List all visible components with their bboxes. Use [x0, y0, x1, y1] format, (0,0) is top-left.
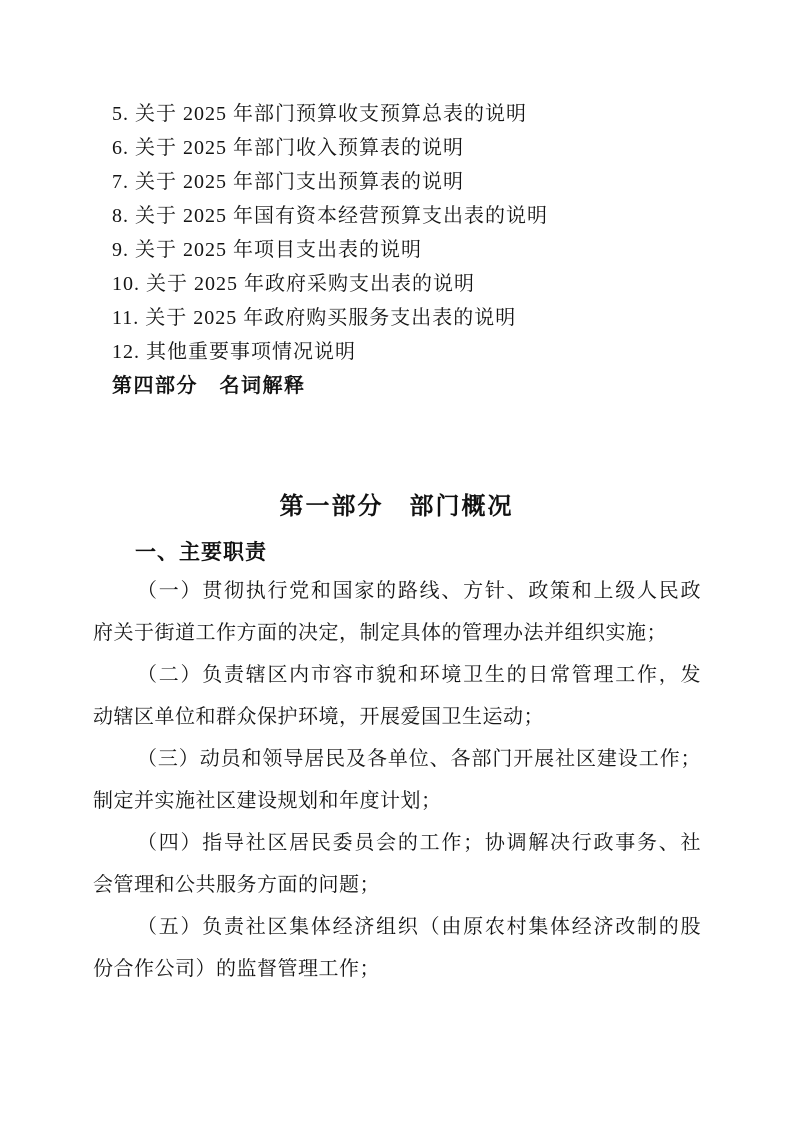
toc-item-5: 5. 关于 2025 年部门预算收支预算总表的说明 — [112, 97, 753, 131]
paragraph-line: （四）指导社区居民委员会的工作；协调解决行政事务、社 — [93, 822, 701, 864]
paragraph-duty-1: （一）贯彻执行党和国家的路线、方针、政策和上级人民政 府关于街道工作方面的决定，… — [93, 570, 701, 654]
paragraph-duty-4: （四）指导社区居民委员会的工作；协调解决行政事务、社 会管理和公共服务方面的问题… — [93, 822, 701, 906]
paragraph-line: （三）动员和领导居民及各单位、各部门开展社区建设工作； — [93, 738, 701, 780]
paragraph-line: （五）负责社区集体经济组织（由原农村集体经济改制的股 — [93, 906, 701, 948]
section-title-main-duties: 一、主要职责 — [135, 536, 267, 566]
table-of-contents: 5. 关于 2025 年部门预算收支预算总表的说明 6. 关于 2025 年部门… — [112, 97, 753, 403]
toc-item-7: 7. 关于 2025 年部门支出预算表的说明 — [112, 165, 753, 199]
body-text: （一）贯彻执行党和国家的路线、方针、政策和上级人民政 府关于街道工作方面的决定，… — [93, 570, 701, 990]
toc-part-four-heading: 第四部分 名词解释 — [112, 369, 753, 403]
toc-item-8: 8. 关于 2025 年国有资本经营预算支出表的说明 — [112, 199, 753, 233]
toc-item-11: 11. 关于 2025 年政府购买服务支出表的说明 — [112, 301, 753, 335]
toc-item-10: 10. 关于 2025 年政府采购支出表的说明 — [112, 267, 753, 301]
paragraph-duty-2: （二）负责辖区内市容市貌和环境卫生的日常管理工作，发 动辖区单位和群众保护环境，… — [93, 654, 701, 738]
toc-item-6: 6. 关于 2025 年部门收入预算表的说明 — [112, 131, 753, 165]
paragraph-line: 动辖区单位和群众保护环境，开展爱国卫生运动； — [93, 696, 701, 738]
paragraph-line: （二）负责辖区内市容市貌和环境卫生的日常管理工作，发 — [93, 654, 701, 696]
part-one-heading: 第一部分 部门概况 — [0, 486, 793, 521]
paragraph-duty-3: （三）动员和领导居民及各单位、各部门开展社区建设工作； 制定并实施社区建设规划和… — [93, 738, 701, 822]
paragraph-line: 府关于街道工作方面的决定，制定具体的管理办法并组织实施； — [93, 612, 701, 654]
paragraph-duty-5: （五）负责社区集体经济组织（由原农村集体经济改制的股 份合作公司）的监督管理工作… — [93, 906, 701, 990]
document-page: 5. 关于 2025 年部门预算收支预算总表的说明 6. 关于 2025 年部门… — [0, 0, 793, 1122]
paragraph-line: 制定并实施社区建设规划和年度计划； — [93, 780, 701, 822]
paragraph-line: （一）贯彻执行党和国家的路线、方针、政策和上级人民政 — [93, 570, 701, 612]
toc-item-9: 9. 关于 2025 年项目支出表的说明 — [112, 233, 753, 267]
toc-item-12: 12. 其他重要事项情况说明 — [112, 335, 753, 369]
paragraph-line: 份合作公司）的监督管理工作； — [93, 948, 701, 990]
paragraph-line: 会管理和公共服务方面的问题； — [93, 864, 701, 906]
